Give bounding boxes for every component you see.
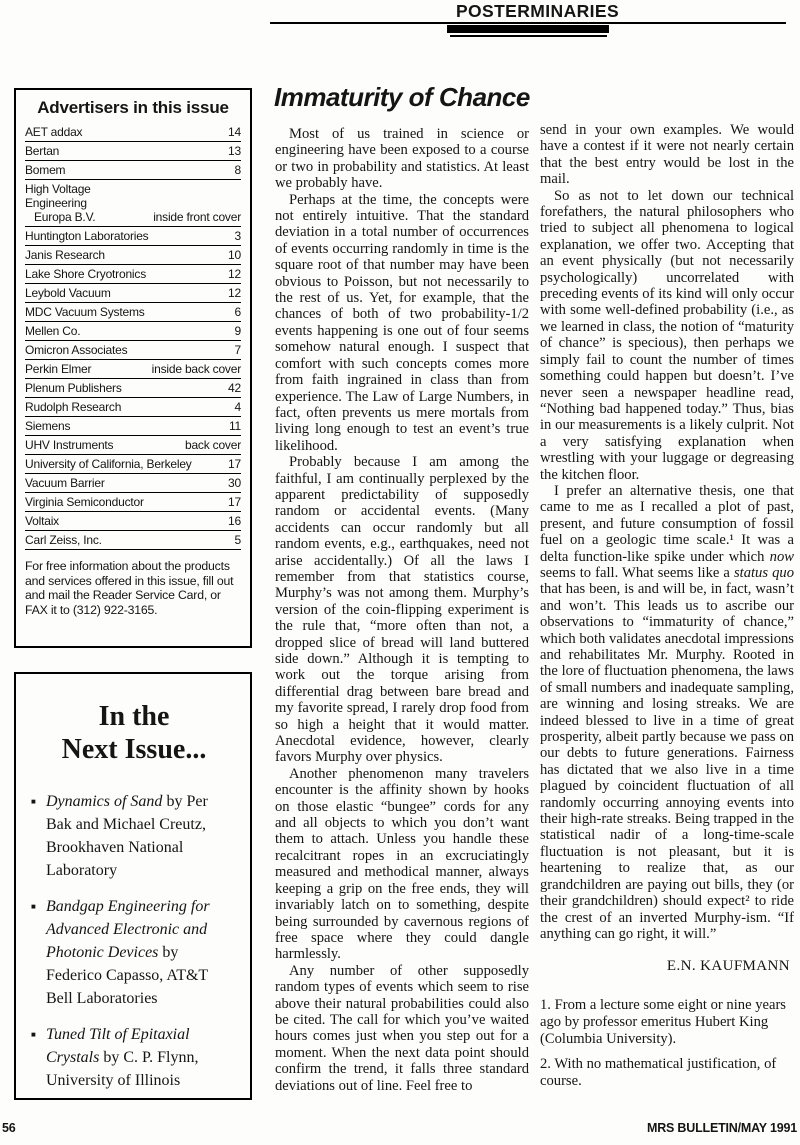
advertiser-page: 16: [222, 514, 241, 528]
article-paragraph: Perhaps at the time, the concepts were n…: [275, 192, 529, 455]
page-title: POSTERMINARIES: [280, 1, 795, 22]
advertiser-page: 30: [222, 476, 241, 490]
advertiser-row: Lake Shore Cryotronics12: [25, 265, 241, 284]
next-issue-title-line1: In the: [99, 701, 170, 732]
reader-service-note: For free information about the products …: [25, 559, 241, 617]
advertiser-page: 12: [222, 267, 241, 281]
article-column-2: send in your own examples. We would have…: [540, 122, 794, 1089]
advertiser-row: University of California, Berkeley17: [25, 455, 241, 474]
next-issue-item: ■Bandgap Engineering for Advanced Electr…: [31, 895, 237, 1010]
masthead-bar: [447, 25, 609, 33]
advertiser-page: 12: [222, 286, 241, 300]
article-paragraph: So as not to let down our technical fore…: [540, 188, 794, 483]
article-paragraph: Most of us trained in science or enginee…: [275, 126, 529, 192]
advertiser-row: Rudolph Research4: [25, 398, 241, 417]
advertiser-page: 14: [222, 125, 241, 139]
next-issue-title: In the Next Issue...: [31, 700, 237, 766]
advertiser-name: Perkin Elmer: [25, 362, 91, 376]
article-paragraph: Probably because I am among the faithful…: [275, 454, 529, 766]
bullet-square-icon: ■: [31, 790, 46, 882]
advertiser-row: Bomem8: [25, 161, 241, 180]
article-signature: E.N. KAUFMANN: [540, 958, 790, 975]
advertiser-page: 13: [222, 144, 241, 158]
advertiser-row: Bertan13: [25, 142, 241, 161]
advertiser-name: Vacuum Barrier: [25, 476, 105, 490]
masthead-bar-rule: [450, 35, 607, 37]
advertiser-name: Virginia Semiconductor: [25, 495, 144, 509]
advertiser-name: Plenum Publishers: [25, 381, 122, 395]
advertiser-row: Siemens11: [25, 417, 241, 436]
advertiser-name: Mellen Co.: [25, 324, 80, 338]
advertiser-name: AET addax: [25, 125, 82, 139]
next-issue-box: In the Next Issue... ■Dynamics of Sand b…: [14, 672, 252, 1100]
advertiser-name: High Voltage EngineeringEuropa B.V.: [25, 182, 147, 224]
advertiser-row: MDC Vacuum Systems6: [25, 303, 241, 322]
advertiser-row: AET addax14: [25, 123, 241, 142]
advertiser-name: Bertan: [25, 144, 59, 158]
footer-journal-name: MRS BULLETIN/MAY 1991: [647, 1121, 797, 1135]
advertiser-page: 17: [222, 495, 241, 509]
advertiser-name: UHV Instruments: [25, 438, 113, 452]
advertiser-row: Perkin Elmerinside back cover: [25, 360, 241, 379]
advertiser-row: Voltaix16: [25, 512, 241, 531]
footnote: 2. With no mathematical justification, o…: [540, 1056, 794, 1089]
magazine-page: POSTERMINARIES Advertisers in this issue…: [0, 0, 800, 1145]
advertiser-row: Carl Zeiss, Inc.5: [25, 531, 241, 550]
advertiser-row: Omicron Associates7: [25, 341, 241, 360]
advertiser-page: 42: [222, 381, 241, 395]
advertiser-row: Mellen Co.9: [25, 322, 241, 341]
article-paragraph: Any number of other supposedly random ty…: [275, 963, 529, 1094]
col2-paragraphs: send in your own examples. We would have…: [540, 122, 794, 942]
advertiser-row: Janis Research10: [25, 246, 241, 265]
next-issue-item: ■Tuned Tilt of Epitaxial Crystals by C. …: [31, 1023, 237, 1092]
advertiser-page: inside back cover: [146, 362, 241, 376]
advertiser-page: 8: [229, 163, 241, 177]
footnotes: 1. From a lecture some eight or nine yea…: [540, 997, 794, 1089]
bullet-square-icon: ■: [31, 1023, 46, 1092]
advertiser-name: Janis Research: [25, 248, 105, 262]
article-paragraph: Another phenomenon many travelers encoun…: [275, 766, 529, 963]
advertiser-name: University of California, Berkeley: [25, 457, 192, 471]
advertiser-name: Voltaix: [25, 514, 59, 528]
advertiser-page: 11: [223, 419, 241, 433]
advertiser-page: 7: [229, 343, 241, 357]
advertiser-page: inside front cover: [147, 210, 241, 224]
advertiser-page: 6: [229, 305, 241, 319]
advertisers-box: Advertisers in this issue AET addax14Ber…: [14, 88, 252, 648]
advertiser-page: 9: [229, 324, 241, 338]
advertiser-name: MDC Vacuum Systems: [25, 305, 145, 319]
advertiser-row: UHV Instrumentsback cover: [25, 436, 241, 455]
bullet-square-icon: ■: [31, 895, 46, 1010]
col1-paragraphs: Most of us trained in science or enginee…: [275, 126, 529, 1094]
advertisers-list: AET addax14Bertan13Bomem8High Voltage En…: [25, 123, 241, 550]
article-paragraph: send in your own examples. We would have…: [540, 122, 794, 188]
advertiser-row: Huntington Laboratories3: [25, 227, 241, 246]
next-issue-list: ■Dynamics of Sand by Per Bak and Michael…: [31, 790, 237, 1092]
masthead-rule: [270, 22, 786, 24]
advertiser-page: back cover: [179, 438, 241, 452]
advertiser-page: 10: [222, 248, 241, 262]
next-issue-title-line2: Next Issue...: [62, 734, 207, 765]
footnote: 1. From a lecture some eight or nine yea…: [540, 997, 794, 1047]
advertiser-name: Omicron Associates: [25, 343, 127, 357]
advertiser-page: 5: [229, 533, 241, 547]
advertiser-row: Virginia Semiconductor17: [25, 493, 241, 512]
advertiser-page: 17: [222, 457, 241, 471]
advertiser-row: Vacuum Barrier30: [25, 474, 241, 493]
next-issue-item: ■Dynamics of Sand by Per Bak and Michael…: [31, 790, 237, 882]
advertiser-name: Bomem: [25, 163, 65, 177]
article-column-1: Most of us trained in science or enginee…: [275, 126, 529, 1094]
advertiser-name: Carl Zeiss, Inc.: [25, 533, 102, 547]
advertisers-title: Advertisers in this issue: [25, 98, 241, 118]
advertiser-page: 4: [229, 400, 241, 414]
advertiser-name: Siemens: [25, 419, 70, 433]
advertiser-row: High Voltage EngineeringEuropa B.V.insid…: [25, 180, 241, 227]
advertiser-row: Plenum Publishers42: [25, 379, 241, 398]
advertiser-name: Lake Shore Cryotronics: [25, 267, 146, 281]
advertiser-row: Leybold Vacuum12: [25, 284, 241, 303]
advertiser-name: Leybold Vacuum: [25, 286, 111, 300]
advertiser-name: Rudolph Research: [25, 400, 121, 414]
article-paragraph: I prefer an alternative thesis, one that…: [540, 483, 794, 942]
article-title: Immaturity of Chance: [274, 82, 530, 113]
advertiser-name: Huntington Laboratories: [25, 229, 149, 243]
advertiser-page: 3: [229, 229, 241, 243]
footer-page-number: 56: [2, 1121, 16, 1135]
